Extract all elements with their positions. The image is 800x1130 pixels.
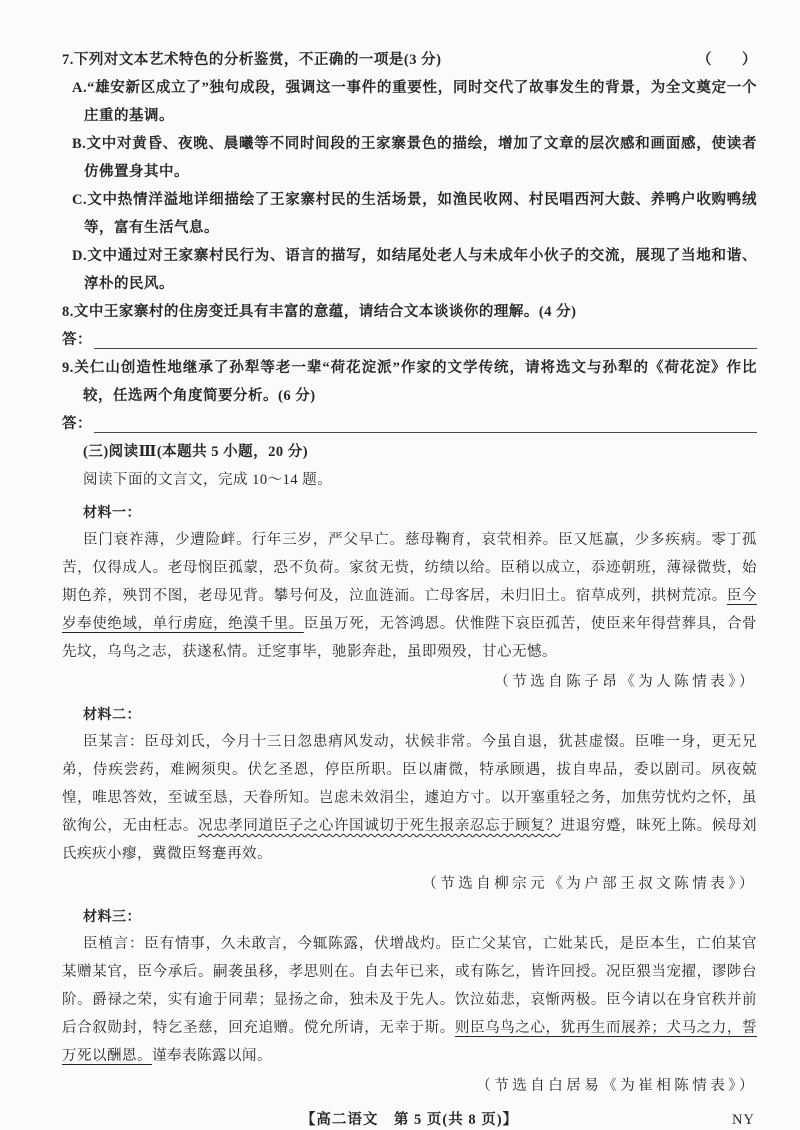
question-8-number: 8. xyxy=(62,304,74,320)
footer-code: NY xyxy=(732,1106,755,1130)
material-3-source: （节选自白居易《为崔相陈情表》） xyxy=(62,1072,757,1100)
material-2-text: 臣某言：臣母刘氏，今月十三日忽患痟风发动，状候非常。今虽自退，犹甚虚惙。臣唯一身… xyxy=(62,728,757,868)
material-3-label: 材料三： xyxy=(83,902,757,930)
exam-page: 7.下列对文本艺术特色的分析鉴赏，不正确的一项是(3 分) （ ） A.“雄安新… xyxy=(0,0,800,1130)
question-9-stem: 关仁山创造性地继承了孙犁等老一辈“荷花淀派”作家的文学传统，请将选文与孙犁的《荷… xyxy=(74,360,757,404)
footer-page-info: 【高二语文 第 5 页(共 8 页)】 xyxy=(301,1112,518,1128)
option-a-label: A. xyxy=(72,80,87,96)
material-1-source: （节选自陈子昂《为人陈情表》） xyxy=(62,668,757,696)
question-9-number: 9. xyxy=(62,360,74,376)
page-footer: 【高二语文 第 5 页(共 8 页)】 NY xyxy=(62,1106,757,1130)
answer-label-9: 答： xyxy=(62,410,92,438)
option-b: B.文中对黄昏、夜晚、晨曦等不同时间段的王家寨景色的描绘，增加了文章的层次感和画… xyxy=(72,130,757,186)
option-d-label: D. xyxy=(72,248,87,264)
question-7-number: 7. xyxy=(62,52,74,68)
answer-line-8: 答： xyxy=(62,326,757,354)
question-7: 7.下列对文本艺术特色的分析鉴赏，不正确的一项是(3 分) （ ） xyxy=(62,46,757,74)
option-a-text: “雄安新区成立了”独句成段，强调这一事件的重要性，同时交代了故事发生的背景，为全… xyxy=(84,80,757,124)
section-heading: (三)阅读Ⅲ(本题共 5 小题，20 分) xyxy=(83,438,757,466)
option-c: C.文中热情洋溢地详细描绘了王家寨村民的生活场景，如渔民收网、村民唱西河大鼓、养… xyxy=(72,186,757,242)
option-b-text: 文中对黄昏、夜晚、晨曦等不同时间段的王家寨景色的描绘，增加了文章的层次感和画面感… xyxy=(84,136,757,180)
reading-instruction: 阅读下面的文言文，完成 10～14 题。 xyxy=(83,466,757,494)
material-2-source: （节选自柳宗元《为户部王叔文陈情表》） xyxy=(62,870,757,898)
answer-blank-9[interactable] xyxy=(94,410,757,433)
material-1-label: 材料一： xyxy=(83,498,757,526)
answer-blank-8[interactable] xyxy=(94,326,757,349)
material-2-wavy-underlined-passage: 况忠孝同道臣子之心许国诚切于死生报亲忍忘于顾复？ xyxy=(198,818,561,834)
option-c-text: 文中热情洋溢地详细描绘了王家寨村民的生活场景，如渔民收网、村民唱西河大鼓、养鸭户… xyxy=(84,192,757,236)
question-8-stem: 文中王家寨村的住房变迁具有丰富的意蕴，请结合文本谈谈你的理解。(4 分) xyxy=(74,304,577,320)
answer-line-9: 答： xyxy=(62,410,757,438)
option-a: A.“雄安新区成立了”独句成段，强调这一事件的重要性，同时交代了故事发生的背景，… xyxy=(72,74,757,130)
option-d: D.文中通过对王家寨村民行为、语言的描写，如结尾处老人与未成年小伙子的交流，展现… xyxy=(72,242,757,298)
material-1-segment-1: 臣门衰祚薄，少遭险衅。行年三岁，严父早亡。慈母鞠育，哀茕相养。臣又尪羸，少多疾病… xyxy=(62,532,757,604)
option-c-label: C. xyxy=(72,192,87,208)
material-2-label: 材料二： xyxy=(83,700,757,728)
material-3-text: 臣植言：臣有情事，久未敢言，今辄陈露，伏增战灼。臣亡父某官，亡妣某氏，是臣本生，… xyxy=(62,930,757,1070)
question-7-stem: 下列对文本艺术特色的分析鉴赏，不正确的一项是(3 分) xyxy=(74,52,442,68)
option-b-label: B. xyxy=(72,136,86,152)
material-1-text: 臣门衰祚薄，少遭险衅。行年三岁，严父早亡。慈母鞠育，哀茕相养。臣又尪羸，少多疾病… xyxy=(62,526,757,666)
option-d-text: 文中通过对王家寨村民行为、语言的描写，如结尾处老人与未成年小伙子的交流，展现了当… xyxy=(84,248,757,292)
question-9: 9.关仁山创造性地继承了孙犁等老一辈“荷花淀派”作家的文学传统，请将选文与孙犁的… xyxy=(62,354,757,410)
answer-brackets: （ ） xyxy=(697,46,757,74)
material-3-segment-3: 谨奉表陈露以闻。 xyxy=(152,1048,272,1064)
answer-label-8: 答： xyxy=(62,326,92,354)
question-8: 8.文中王家寨村的住房变迁具有丰富的意蕴，请结合文本谈谈你的理解。(4 分) xyxy=(62,298,757,326)
